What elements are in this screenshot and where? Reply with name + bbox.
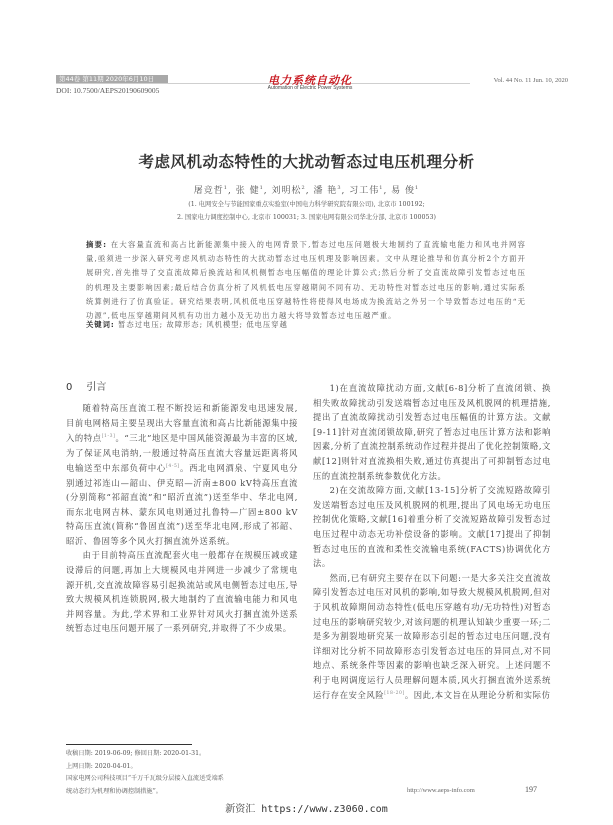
citation-link[interactable]: [18-20] — [384, 691, 405, 696]
paragraph: 由于目前特高压直流配套火电一般都存在规模压减或建设滞后的问题,再加上大规模风电并… — [66, 548, 298, 636]
footnotes: 收稿日期: 2019-06-09; 修回日期: 2020-01-31。 上网日期… — [66, 748, 298, 798]
abstract-text: 在大容量直流和高占比新能源集中接入的电网背景下,暂态过电压问题极大地制约了直流输… — [86, 240, 526, 320]
paragraph: 然而,已有研究主要存在以下问题:一是大多关注交直流故障引发暂态过电压对风机的影响… — [313, 571, 551, 703]
doi-label[interactable]: DOI: 10.7500/AEPS20190609005 — [56, 86, 159, 95]
received-date: 收稿日期: 2019-06-09; 修回日期: 2020-01-31。 — [66, 748, 298, 761]
funding-note: 统动态行为机理和协调控制措施”。 — [66, 786, 298, 799]
author: 屠竞哲1 — [194, 186, 228, 196]
abstract: 摘要: 在大容量直流和高占比新能源集中接入的电网背景下,暂态过电压问题极大地制约… — [86, 238, 526, 323]
online-date: 上网日期: 2020-04-01。 — [66, 761, 298, 774]
section-heading: 0引言 — [66, 378, 106, 393]
section-number: 0 — [66, 382, 72, 393]
volume-info: Vol. 44 No. 11 Jun. 10, 2020 — [494, 77, 568, 84]
author: 易 俊1 — [391, 186, 419, 196]
journal-url[interactable]: http://www.aeps-info.com — [407, 787, 475, 794]
author-list: 屠竞哲1, 张 健1, 刘明松2, 潘 艳3, 习工伟1, 易 俊1 — [0, 183, 613, 196]
keywords: 关键词: 暂态过电压; 故障形态; 风机模型; 低电压穿越 — [86, 320, 526, 330]
paragraph: 2)在交流故障方面,文献[13-15]分析了交流短路故障引发送端暂态过电压及风机… — [313, 483, 551, 571]
citation-link[interactable]: [1-3] — [102, 434, 116, 439]
keywords-list: 暂态过电压; 故障形态; 风机模型; 低电压穿越 — [118, 320, 288, 329]
affiliation-line: (1. 电网安全与节能国家重点实验室(中国电力科学研究院有限公司), 北京市 1… — [0, 199, 613, 208]
keywords-label: 关键词: — [86, 320, 115, 329]
author: 刘明松2 — [272, 186, 306, 196]
body-column-left: 随着特高压直流工程不断投运和新能源发电迅速发展,目前电网格局主要呈现出大容量直流… — [66, 401, 298, 636]
affiliation-line: 2. 国家电力调度控制中心, 北京市 100031; 3. 国家电网有限公司华北… — [0, 212, 613, 221]
author: 潘 艳3 — [313, 186, 341, 196]
footnote-divider — [66, 744, 192, 745]
abstract-label: 摘要: — [86, 240, 107, 249]
author: 张 健1 — [236, 186, 264, 196]
citation-link[interactable]: [4-5] — [166, 464, 180, 469]
journal-name-en: Automation of Electric Power Systems — [245, 85, 375, 91]
page-number: 197 — [525, 785, 537, 794]
funding-note: 国家电网公司科技项目“千万千瓦级分层接入直流送受端系 — [66, 773, 298, 786]
paragraph: 随着特高压直流工程不断投运和新能源发电迅速发展,目前电网格局主要呈现出大容量直流… — [66, 401, 298, 548]
paragraph: 1)在直流故障扰动方面,文献[6-8]分析了直流闭锁、换相失败故障扰动引发送端暂… — [313, 381, 551, 483]
author: 习工伟1 — [349, 186, 383, 196]
watermark: 新资汇 https://www.z3060.com — [0, 800, 613, 815]
body-column-right: 1)在直流故障扰动方面,文献[6-8]分析了直流闭锁、换相失败故障扰动引发送端暂… — [313, 381, 551, 703]
section-title: 引言 — [86, 382, 106, 393]
paper-title: 考虑风机动态特性的大扰动暂态过电压机理分析 — [0, 150, 613, 172]
